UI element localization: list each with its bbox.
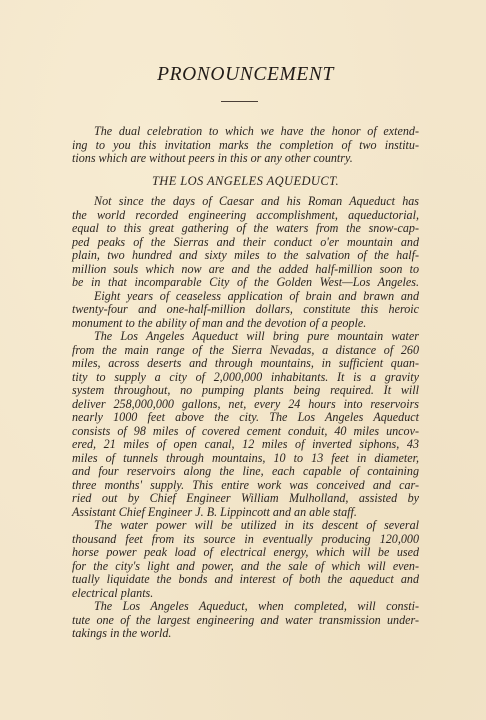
text-line: the world recorded engineering accomplis… xyxy=(72,209,419,223)
text-line: from the main range of the Sierra Nevada… xyxy=(72,344,419,358)
text-line: electrical plants. xyxy=(72,587,419,601)
text-line: tity to supply a city of 2,000,000 inhab… xyxy=(72,371,419,385)
text-line: deliver 258,000,000 gallons, net, every … xyxy=(72,398,419,412)
text-line: twenty-four and one-half-million dollars… xyxy=(72,303,419,317)
text-line: ing to you this invitation marks the com… xyxy=(72,139,419,153)
text-line: The water power will be utilized in its … xyxy=(72,519,419,533)
text-line: tions which are without peers in this or… xyxy=(72,152,419,166)
text-line: miles of tunnels through mountains, 10 t… xyxy=(72,452,419,466)
text-line: ered, 21 miles of open canal, 12 miles o… xyxy=(72,438,419,452)
text-line: The dual celebration to which we have th… xyxy=(72,125,419,139)
text-line: Not since the days of Caesar and his Rom… xyxy=(72,195,419,209)
text-line: miles, across deserts and through mounta… xyxy=(72,357,419,371)
text-line: monument to the ability of man and the d… xyxy=(72,317,419,331)
text-line: be in that incomparable City of the Gold… xyxy=(72,276,419,290)
paragraph-aqueduct-details: The Los Angeles Aqueduct will bring pure… xyxy=(72,330,419,519)
intro-paragraph: The dual celebration to which we have th… xyxy=(72,125,419,166)
paragraph-caesar: Not since the days of Caesar and his Rom… xyxy=(72,195,419,290)
title-divider xyxy=(221,101,258,102)
text-line: million souls which now are and the adde… xyxy=(72,263,419,277)
text-line: takings in the world. xyxy=(72,627,419,641)
page-title: PRONOUNCEMENT xyxy=(72,64,419,86)
paragraph-water-power: The water power will be utilized in its … xyxy=(72,519,419,600)
text-line: ried out by Chief Engineer William Mulho… xyxy=(72,492,419,506)
text-line: The Los Angeles Aqueduct, when completed… xyxy=(72,600,419,614)
text-line: ped peaks of the Sierras and their condu… xyxy=(72,236,419,250)
text-line: system throughout, no pumping plants bei… xyxy=(72,384,419,398)
text-line: tually liquidate the bonds and interest … xyxy=(72,573,419,587)
paragraph-eight-years: Eight years of ceaseless application of … xyxy=(72,290,419,331)
text-line: for the city's light and power, and the … xyxy=(72,560,419,574)
text-line: equal to this great gathering of the wat… xyxy=(72,222,419,236)
text-line: thousand feet from its source in eventua… xyxy=(72,533,419,547)
section-heading: THE LOS ANGELES AQUEDUCT. xyxy=(72,175,419,189)
document-body: The dual celebration to which we have th… xyxy=(72,125,419,641)
text-line: Eight years of ceaseless application of … xyxy=(72,290,419,304)
text-line: tute one of the largest engineering and … xyxy=(72,614,419,628)
paragraph-conclusion: The Los Angeles Aqueduct, when completed… xyxy=(72,600,419,641)
text-line: three months' supply. This entire work w… xyxy=(72,479,419,493)
text-line: Assistant Chief Engineer J. B. Lippincot… xyxy=(72,506,419,520)
text-line: plain, two hundred and sixty miles to th… xyxy=(72,249,419,263)
text-line: consists of 98 miles of covered cement c… xyxy=(72,425,419,439)
text-line: nearly 1000 feet above the city. The Los… xyxy=(72,411,419,425)
text-line: The Los Angeles Aqueduct will bring pure… xyxy=(72,330,419,344)
text-line: and four reservoirs along the line, each… xyxy=(72,465,419,479)
text-line: horse power peak load of electrical ener… xyxy=(72,546,419,560)
